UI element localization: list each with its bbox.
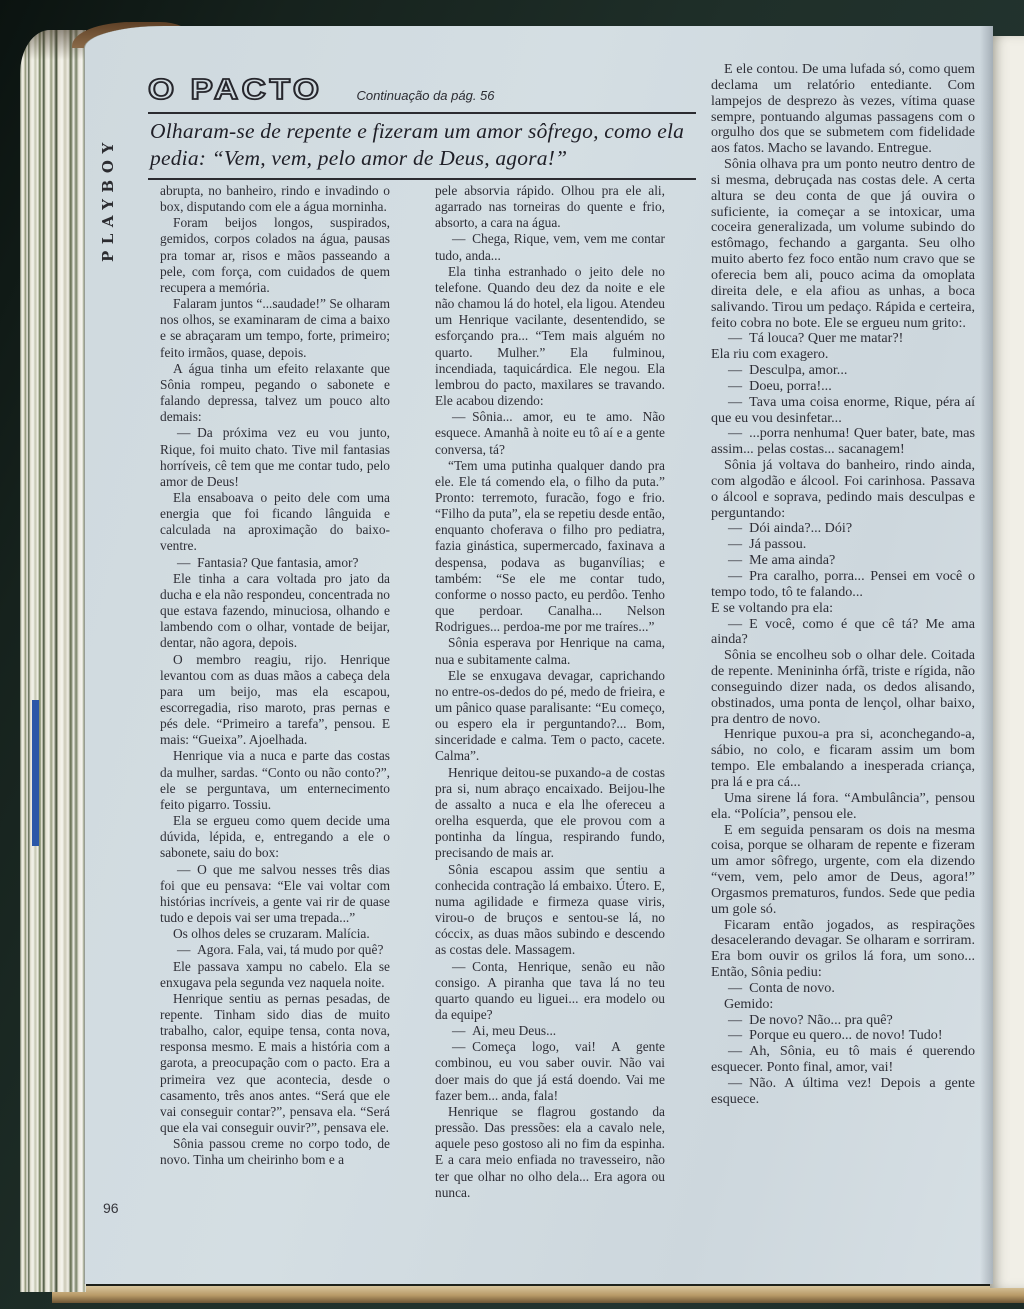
brand-vertical-playboy: PLAYBOY <box>99 82 117 262</box>
paragraph: Sônia se encolheu sob o olhar dele. Coit… <box>711 648 975 727</box>
table-edge <box>52 1286 1024 1303</box>
paragraph: Sônia já voltava do banheiro, rindo aind… <box>711 458 975 521</box>
paragraph: — De novo? Não... pra quê? <box>711 1013 975 1029</box>
paragraph: — Porque eu quero... de novo! Tudo! <box>711 1028 975 1044</box>
paragraph: — Desculpa, amor... <box>711 363 975 379</box>
paragraph: Sônia escapou assim que sentiu a conheci… <box>435 862 665 959</box>
paragraph: — Me ama ainda? <box>711 553 975 569</box>
paragraph: Ele tinha a cara voltada pro jato da duc… <box>160 571 390 652</box>
paragraph: Ele passava xampu no cabelo. Ela se enxu… <box>160 959 390 991</box>
paragraph: — Ai, meu Deus... <box>435 1023 665 1039</box>
paragraph: — Tá louca? Quer me matar?! <box>711 331 975 347</box>
paragraph: Henrique via a nuca e parte das costas d… <box>160 748 390 813</box>
paragraph: E se voltando pra ela: <box>711 601 975 617</box>
paragraph: pele absorvia rápido. Olhou pra ele ali,… <box>435 183 665 231</box>
next-page-edge <box>990 36 1024 1288</box>
paragraph: Uma sirene lá fora. “Ambulância”, pensou… <box>711 791 975 823</box>
paragraph: E ele contou. De uma lufada só, como que… <box>711 62 975 157</box>
paragraph: “Tem uma putinha qualquer dando pra ele.… <box>435 458 665 636</box>
article-subtitle: Olharam-se de repente e fizeram um amor … <box>150 118 696 172</box>
magazine-page: PLAYBOY O PACTO Continuação da pág. 56 O… <box>84 26 993 1284</box>
paragraph: Os olhos deles se cruzaram. Malícia. <box>160 926 390 942</box>
paragraph: Henrique sentiu as pernas pesadas, de re… <box>160 991 390 1136</box>
paragraph: — ...porra nenhuma! Quer bater, bate, ma… <box>711 426 975 458</box>
title-rule <box>148 112 696 114</box>
paragraph: — Começa logo, vai! A gente combinou, eu… <box>435 1039 665 1104</box>
paragraph: A água tinha um efeito relaxante que Sôn… <box>160 361 390 426</box>
paragraph: Sônia passou creme no corpo todo, de nov… <box>160 1136 390 1168</box>
paragraph: — Sônia... amor, eu te amo. Não esquece.… <box>435 409 665 457</box>
paragraph: Sônia olhava pra um ponto neutro dentro … <box>711 157 975 331</box>
paragraph: — Conta, Henrique, senão eu não consigo.… <box>435 959 665 1024</box>
paragraph: Henrique puxou-a pra si, aconchegando-a,… <box>711 727 975 790</box>
paragraph: — Doeu, porra!... <box>711 379 975 395</box>
paragraph: — Fantasia? Que fantasia, amor? <box>160 555 390 571</box>
title-row: O PACTO Continuação da pág. 56 <box>148 74 696 106</box>
paragraph: — Tava uma coisa enorme, Rique, péra aí … <box>711 395 975 427</box>
text-column-2: pele absorvia rápido. Olhou pra ele ali,… <box>435 183 665 1201</box>
paragraph: E em seguida pensaram os dois na mesma c… <box>711 823 975 918</box>
paragraph: Henrique deitou-se puxando-a de costas p… <box>435 765 665 862</box>
text-column-1: abrupta, no banheiro, rindo e invadindo … <box>160 183 390 1169</box>
paragraph: — Agora. Fala, vai, tá mudo por quê? <box>160 942 390 958</box>
paragraph: Ele se enxugava devagar, caprichando no … <box>435 668 665 765</box>
paragraph: Ela ensaboava o peito dele com uma energ… <box>160 490 390 555</box>
paragraph: — Pra caralho, porra... Pensei em você o… <box>711 569 975 601</box>
paragraph: — Ah, Sônia, eu tô mais é querendo esque… <box>711 1044 975 1076</box>
paragraph: — Não. A última vez! Depois a gente esqu… <box>711 1076 975 1108</box>
article-title: O PACTO <box>148 74 323 106</box>
article-header: O PACTO Continuação da pág. 56 Olharam-s… <box>148 74 696 180</box>
page-number: 96 <box>103 1200 119 1216</box>
paragraph: Falaram juntos “...saudade!” Se olharam … <box>160 296 390 361</box>
continuation-note: Continuação da pág. 56 <box>356 88 494 103</box>
paragraph: — Conta de novo. <box>711 981 975 997</box>
paragraph: — Chega, Rique, vem, vem me contar tudo,… <box>435 231 665 263</box>
paragraph: abrupta, no banheiro, rindo e invadindo … <box>160 183 390 215</box>
paragraph: — O que me salvou nesses três dias foi q… <box>160 862 390 927</box>
paragraph: Gemido: <box>711 997 975 1013</box>
paragraph: Ficaram então jogados, as respirações de… <box>711 918 975 981</box>
paragraph: O membro reagiu, rijo. Henrique levantou… <box>160 652 390 749</box>
paragraph: Foram beijos longos, suspirados, gemidos… <box>160 215 390 296</box>
paragraph: Ela se ergueu como quem decide uma dúvid… <box>160 813 390 861</box>
paragraph: — Já passou. <box>711 537 975 553</box>
text-column-3: E ele contou. De uma lufada só, como que… <box>711 62 975 1108</box>
paragraph: — E você, como é que cê tá? Me ama ainda… <box>711 617 975 649</box>
paragraph: — Dói ainda?... Dói? <box>711 521 975 537</box>
paragraph: Sônia esperava por Henrique na cama, nua… <box>435 635 665 667</box>
photo-scene: PLAYBOY O PACTO Continuação da pág. 56 O… <box>0 0 1024 1309</box>
subtitle-rule <box>148 178 696 180</box>
paragraph: Henrique se flagrou gostando da pressão.… <box>435 1104 665 1201</box>
book-page-edges <box>20 30 86 1292</box>
paragraph: Ela tinha estranhado o jeito dele no tel… <box>435 264 665 409</box>
paragraph: — Da próxima vez eu vou junto, Rique, fo… <box>160 425 390 490</box>
page-edge-blue-stripe <box>32 700 39 846</box>
paragraph: Ela riu com exagero. <box>711 347 975 363</box>
